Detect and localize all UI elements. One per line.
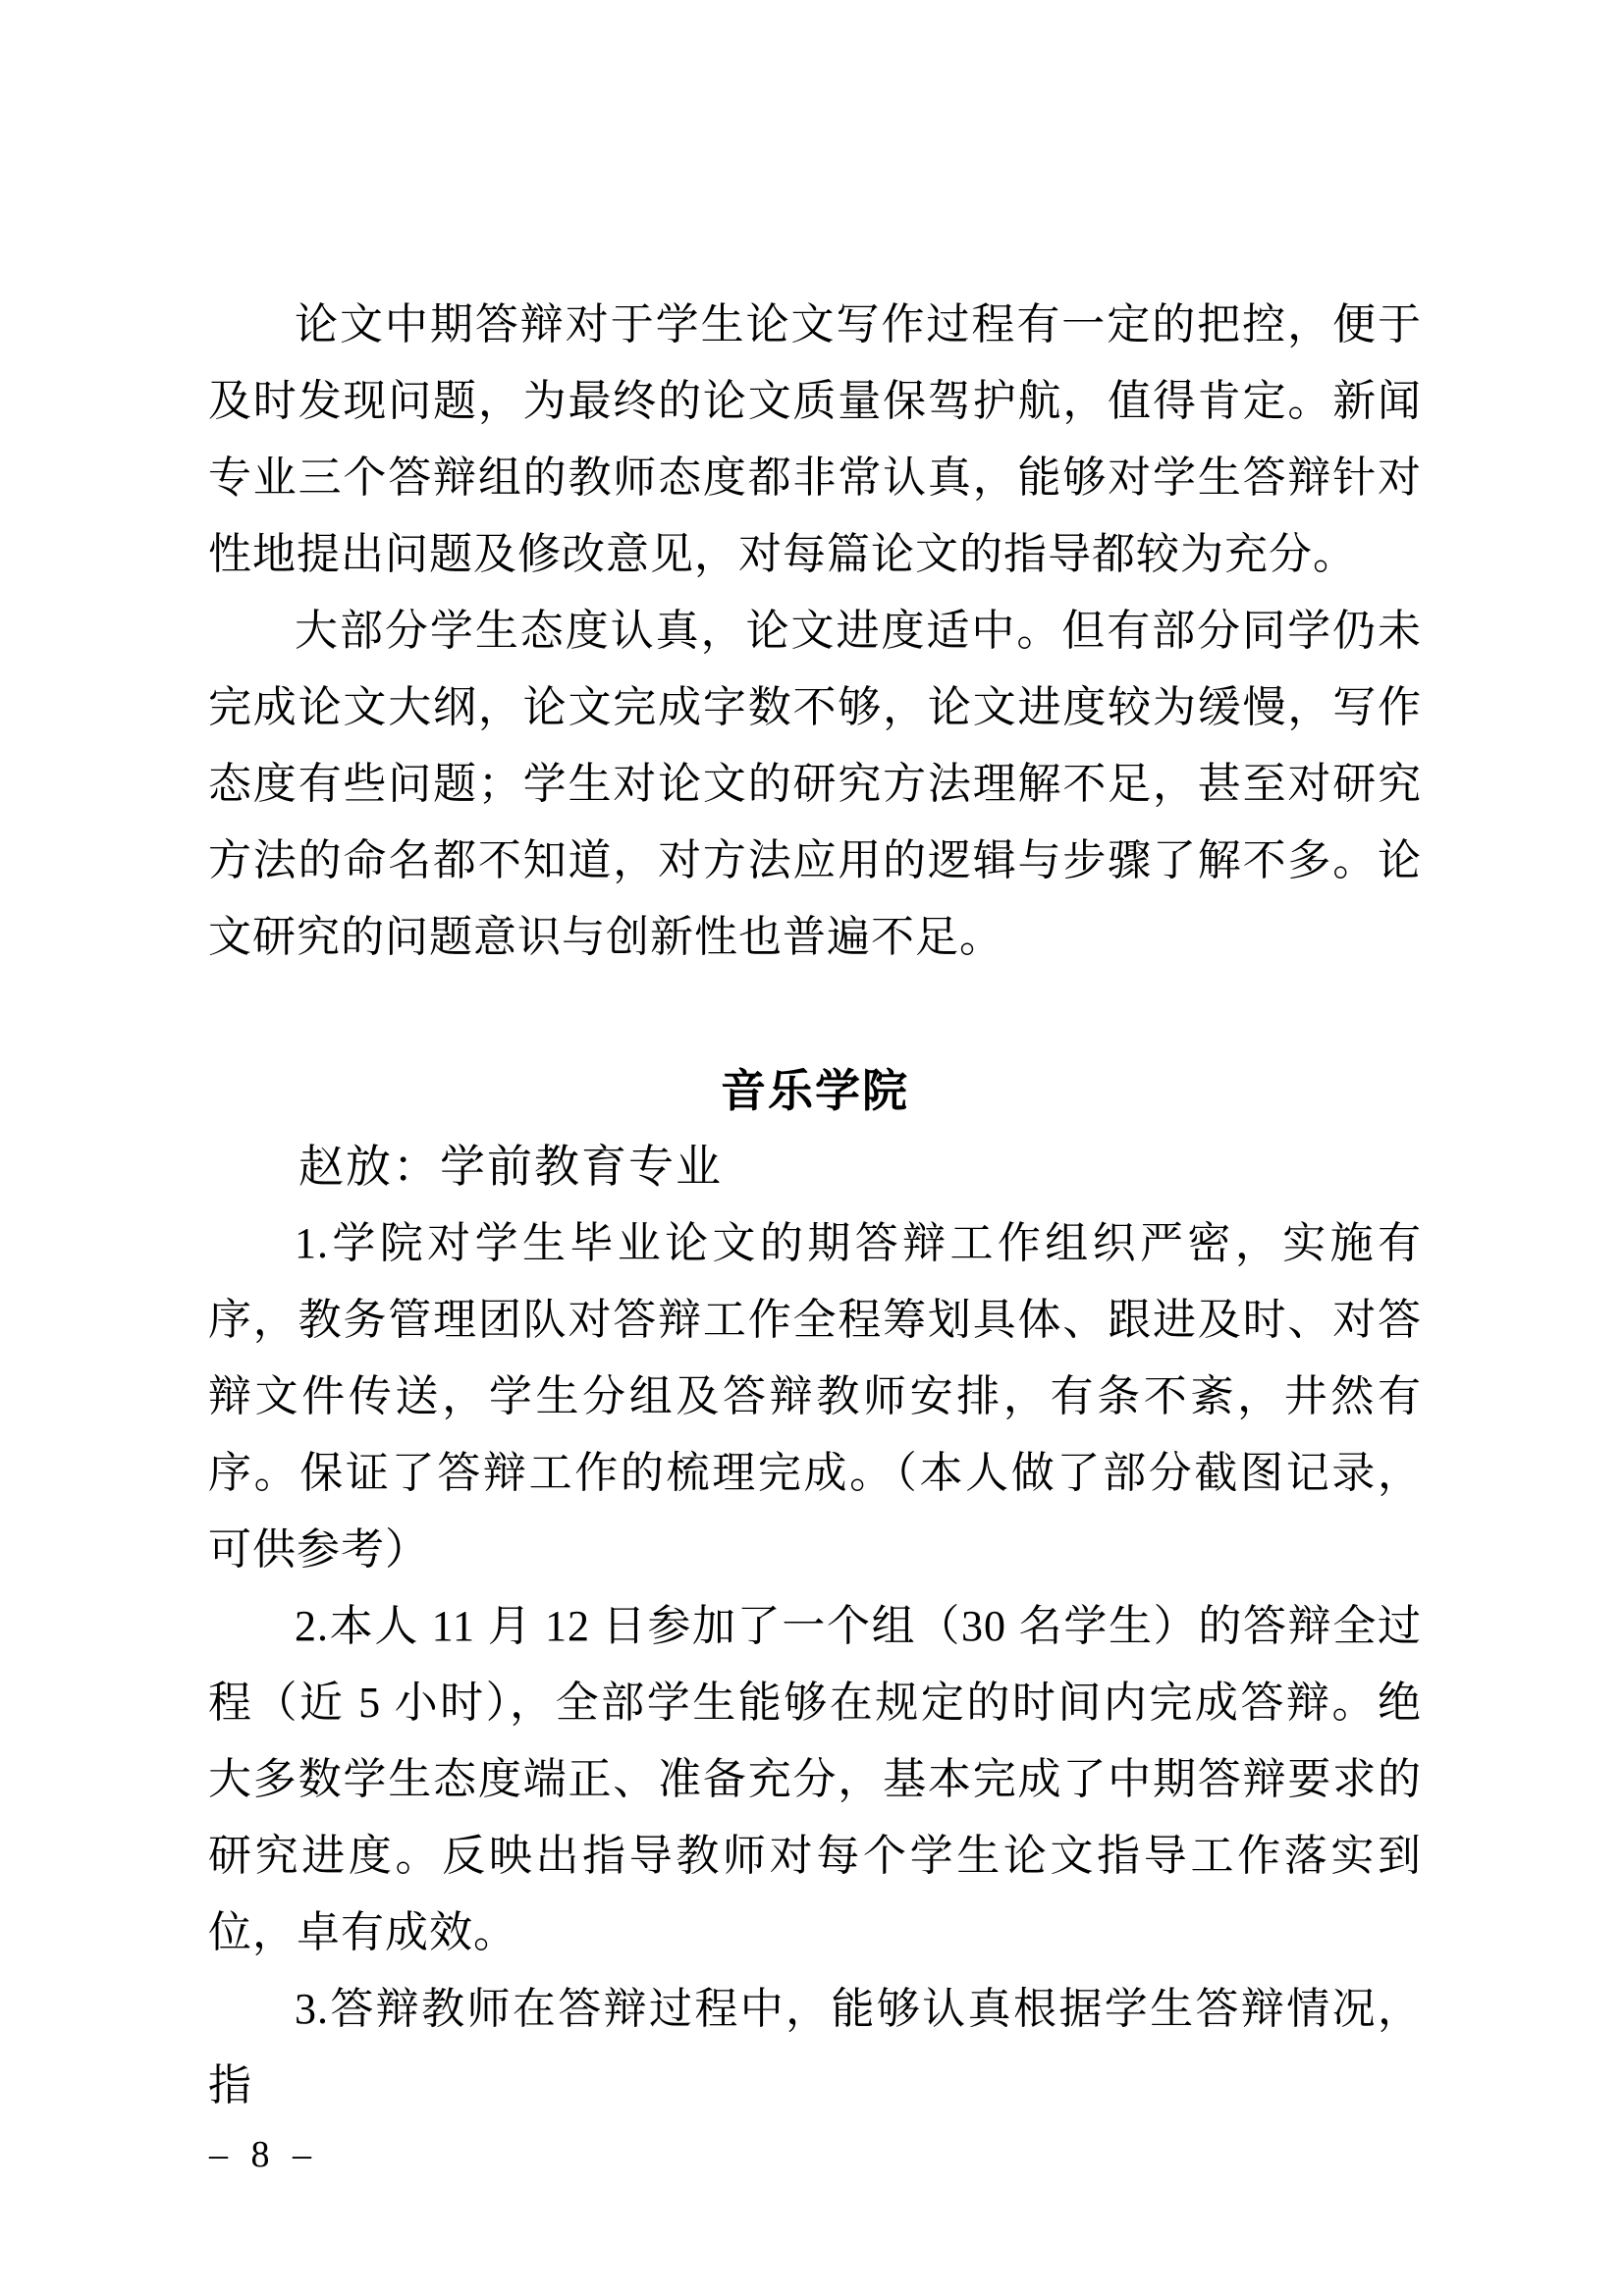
paragraph-point-1: 1.学院对学生毕业论文的期答辩工作组织严密，实施有序，教务管理团队对答辩工作全程… [208,1205,1422,1588]
document-page: 论文中期答辩对于学生论文写作过程有一定的把控，便于及时发现问题，为最终的论文质量… [0,0,1624,2296]
blank-line [208,976,1422,1052]
reviewer-line: 赵放：学前教育专业 [208,1129,1422,1205]
document-body: 论文中期答辩对于学生论文写作过程有一定的把控，便于及时发现问题，为最终的论文质量… [208,287,1422,2124]
paragraph-student-attitude: 大部分学生态度认真，论文进度适中。但有部分同学仍未完成论文大纲，论文完成字数不够… [208,593,1422,976]
paragraph-point-3: 3.答辩教师在答辩过程中，能够认真根据学生答辩情况，指 [208,1971,1422,2124]
page-number: – 8 – [209,2130,311,2179]
section-heading-music-college: 音乐学院 [208,1052,1422,1129]
paragraph-midterm-overview: 论文中期答辩对于学生论文写作过程有一定的把控，便于及时发现问题，为最终的论文质量… [208,287,1422,593]
paragraph-point-2: 2.本人 11 月 12 日参加了一个组（30 名学生）的答辩全过程（近 5 小… [208,1588,1422,1971]
